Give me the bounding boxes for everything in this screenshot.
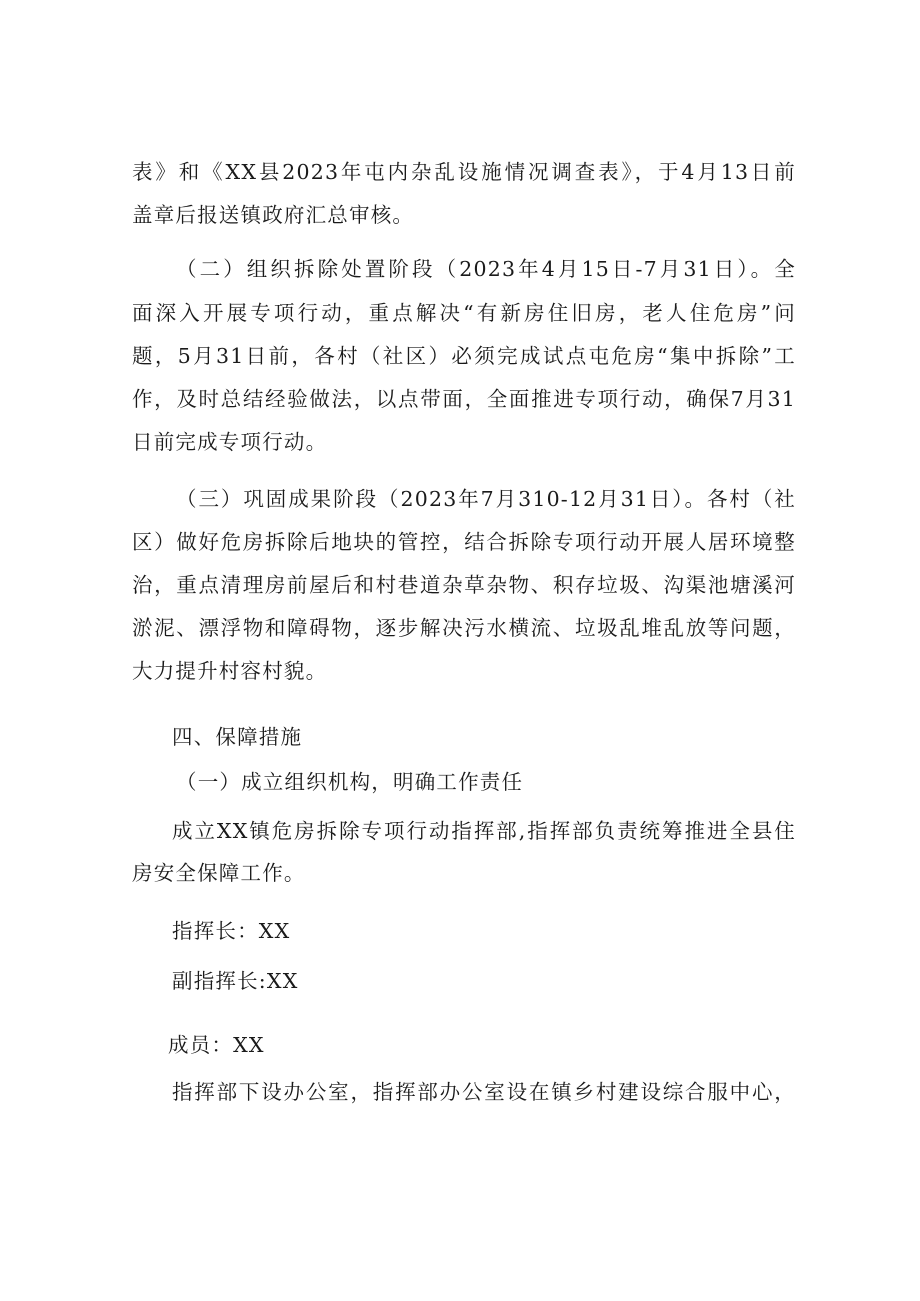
text-line: 作，及时总结经验做法，以点带面，全面推进专项行动，确保7月31 xyxy=(132,387,796,411)
text-line: 治，重点清理房前屋后和村巷道杂草杂物、积存垃圾、沟渠池塘溪河 xyxy=(132,573,796,597)
text-line: 指挥长：XX xyxy=(172,919,290,943)
text-line: 指挥部下设办公室，指挥部办公室设在镇乡村建设综合服中心， xyxy=(172,1080,796,1104)
text-line: 盖章后报送镇政府汇总审核。 xyxy=(132,203,414,227)
text-line: 区）做好危房拆除后地块的管控，结合拆除专项行动开展人居环境整 xyxy=(132,530,796,554)
text-line: 成员：XX xyxy=(168,1033,265,1057)
text-line: 面深入开展专项行动，重点解决“有新房住旧房，老人住危房”问 xyxy=(132,301,796,325)
text-line: 房安全保障工作。 xyxy=(132,861,306,885)
text-line: （三）巩固成果阶段（2023年7月310-12月31日）。各村（社 xyxy=(176,487,796,511)
text-line: 题，5月31日前，各村（社区）必须完成试点屯危房“集中拆除”工 xyxy=(132,344,796,368)
text-line: 表》和《XX县2023年屯内杂乱设施情况调查表》，于4月13日前 xyxy=(132,160,796,184)
text-line: （二）组织拆除处置阶段（2023年4月15日-7月31日）。全 xyxy=(176,257,796,281)
text-line: 大力提升村容村貌。 xyxy=(132,659,327,683)
text-line: 副指挥长:XX xyxy=(172,969,299,993)
text-line: 日前完成专项行动。 xyxy=(132,430,327,454)
text-line: （一）成立组织机构，明确工作责任 xyxy=(176,770,523,794)
text-line: 淤泥、漂浮物和障碍物，逐步解决污水横流、垃圾乱堆乱放等问题， xyxy=(132,616,796,640)
text-line: 四、保障措施 xyxy=(172,725,302,749)
text-line: 成立XX镇危房拆除专项行动指挥部,指挥部负责统筹推进全县住 xyxy=(172,819,796,843)
